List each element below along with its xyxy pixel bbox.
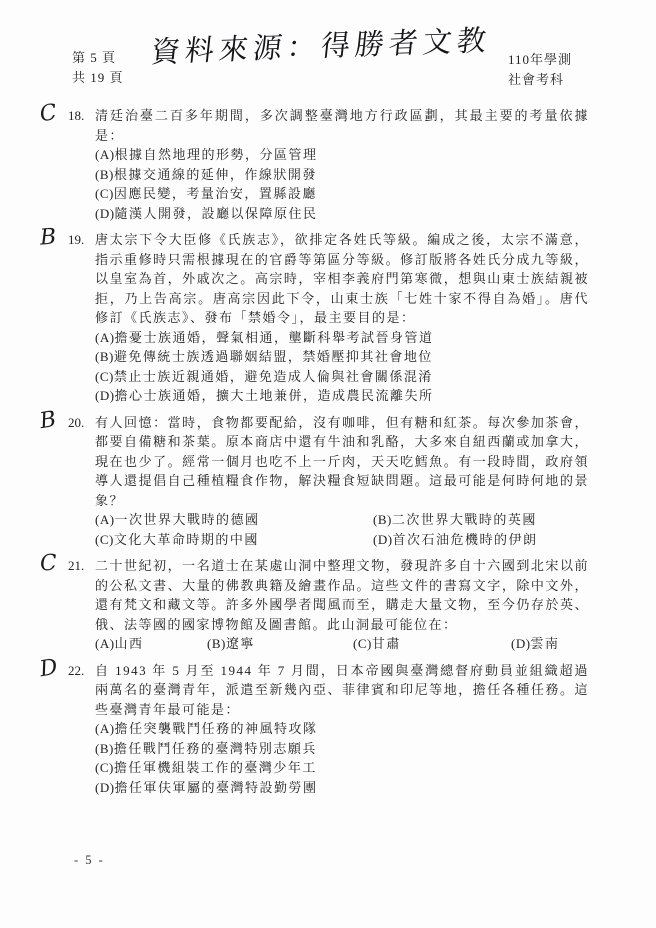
option-item: (D)隨漢人開發，設廳以保障原住民 [95,204,589,224]
option-label: (A) [95,721,115,736]
question-number: 22. [68,661,84,681]
option-text: 二次世界大戰時的英國 [392,512,537,527]
question-number: 18. [68,106,84,126]
option-label: (D) [95,388,115,403]
option-text: 擔任戰鬥任務的臺灣特別志願兵 [114,741,317,756]
option-item: (C)文化大革命時期的中國 [95,530,373,550]
option-label: (A) [95,147,115,162]
option-text: 隨漢人開發，設廳以保障原住民 [115,206,318,221]
question-stem: 有人回憶：當時，食物都要配給，沒有咖啡，但有糖和紅茶。每次參加茶會，都要自備糖和… [95,413,589,511]
exam-page: 資料來源：得勝者文教 第 5 頁 共 19 頁 110年學測 社會考科 C 18… [0,0,656,928]
option-text: 首次石油危機時的伊朗 [393,532,538,547]
option-label: (A) [95,512,115,527]
option-label: (C) [95,760,114,775]
question-body: 二十世紀初，一名道士在某處山洞中整理文物，發現許多自十六國到北宋以前的公私文書、… [95,556,589,654]
option-item: (C)甘肅 [353,634,511,654]
option-item: (A)擔任突襲戰鬥任務的神風特攻隊 [95,719,589,739]
option-label: (C) [353,636,372,651]
page-total-label: 共 19 頁 [72,68,124,88]
exam-subject-label: 社會考科 [508,70,572,90]
option-label: (B) [207,636,226,651]
option-text: 文化大革命時期的中國 [114,532,259,547]
handwritten-answer-mark: B [38,408,59,432]
option-item: (B)遼寧 [207,634,353,654]
option-label: (B) [95,167,114,182]
options-list: (A)根據自然地理的形勢，分區管理(B)根據交通線的延伸，作線狀開發(C)因應民… [95,145,589,223]
option-text: 遼寧 [226,636,255,651]
option-label: (D) [511,636,531,651]
option-label: (C) [95,532,114,547]
page-number-label: 第 5 頁 [72,48,124,68]
option-label: (C) [95,369,114,384]
option-label: (C) [95,186,114,201]
option-text: 擔任突襲戰鬥任務的神風特攻隊 [115,721,318,736]
options-list: (A)一次世界大戰時的德國(B)二次世界大戰時的英國(C)文化大革命時期的中國(… [95,510,589,549]
question-block: D 22. 自 1943 年 5 月至 1944 年 7 月間，日本帝國與臺灣總… [68,661,595,798]
question-body: 清廷治臺二百多年期間，多次調整臺灣地方行政區劃，其最主要的考量依據是： (A)根… [95,106,589,223]
option-text: 擔憂士族通婚，聲氣相通，壟斷科舉考試晉身管道 [115,330,434,345]
handwritten-source-note: 資料來源：得勝者文教 [149,18,493,71]
option-label: (D) [373,532,393,547]
option-text: 禁止士族近親通婚，避免造成人倫與社會關係混淆 [114,369,433,384]
question-number: 19. [68,230,84,250]
option-label: (A) [95,330,115,345]
option-text: 因應民變，考量治安，置縣設廳 [114,186,317,201]
question-block: C 21. 二十世紀初，一名道士在某處山洞中整理文物，發現許多自十六國到北宋以前… [68,556,595,654]
handwritten-answer-mark: D [38,656,60,681]
option-text: 山西 [115,636,144,651]
option-text: 雲南 [531,636,560,651]
option-item: (A)擔憂士族通婚，聲氣相通，壟斷科舉考試晉身管道 [95,328,589,348]
footer-page-number: - 5 - [74,853,105,868]
option-item: (C)擔任軍機組裝工作的臺灣少年工 [95,758,589,778]
option-item: (D)擔任軍伕軍屬的臺灣特設勤勞團 [95,778,589,798]
question-number: 20. [68,413,84,433]
option-item: (B)根據交通線的延伸，作線狀開發 [95,165,589,185]
options-list: (A)擔憂士族通婚，聲氣相通，壟斷科舉考試晉身管道(B)避免傳統士族透過聯姻結盟… [95,328,589,406]
handwritten-answer-mark: C [39,552,59,575]
option-text: 擔心士族通婚，擴大土地兼併，造成農民流離失所 [115,388,434,403]
page-info-right: 110年學測 社會考科 [508,50,572,90]
option-label: (D) [95,780,115,795]
page-info-left: 第 5 頁 共 19 頁 [72,48,124,88]
options-list: (A)擔任突襲戰鬥任務的神風特攻隊(B)擔任戰鬥任務的臺灣特別志願兵(C)擔任軍… [95,719,589,797]
question-body: 有人回憶：當時，食物都要配給，沒有咖啡，但有糖和紅茶。每次參加茶會，都要自備糖和… [95,413,589,550]
option-label: (A) [95,636,115,651]
handwritten-answer-mark: B [39,226,58,249]
option-item: (B)二次世界大戰時的英國 [373,510,589,530]
question-number: 21. [68,556,84,576]
question-stem: 清廷治臺二百多年期間，多次調整臺灣地方行政區劃，其最主要的考量依據是： [95,106,589,145]
question-list: C 18. 清廷治臺二百多年期間，多次調整臺灣地方行政區劃，其最主要的考量依據是… [68,106,595,804]
question-stem: 唐太宗下令大臣修《氏族志》，欲排定各姓氏等級。編成之後，太宗不滿意，指示重修時只… [95,230,589,328]
question-body: 自 1943 年 5 月至 1944 年 7 月間，日本帝國與臺灣總督府動員並組… [95,661,589,798]
option-text: 一次世界大戰時的德國 [115,512,260,527]
question-stem: 二十世紀初，一名道士在某處山洞中整理文物，發現許多自十六國到北宋以前的公私文書、… [95,556,589,634]
option-label: (B) [95,741,114,756]
option-text: 根據交通線的延伸，作線狀開發 [114,167,317,182]
question-block: B 19. 唐太宗下令大臣修《氏族志》，欲排定各姓氏等級。編成之後，太宗不滿意，… [68,230,595,406]
option-text: 根據自然地理的形勢，分區管理 [115,147,318,162]
question-block: B 20. 有人回憶：當時，食物都要配給，沒有咖啡，但有糖和紅茶。每次參加茶會，… [68,413,595,550]
option-label: (D) [95,206,115,221]
option-item: (D)擔心士族通婚，擴大土地兼併，造成農民流離失所 [95,386,589,406]
option-item: (D)首次石油危機時的伊朗 [373,530,589,550]
option-item: (A)山西 [95,634,207,654]
option-text: 擔任軍機組裝工作的臺灣少年工 [114,760,317,775]
option-text: 避免傳統士族透過聯姻結盟，禁婚壓抑其社會地位 [114,349,433,364]
question-body: 唐太宗下令大臣修《氏族志》，欲排定各姓氏等級。編成之後，太宗不滿意，指示重修時只… [95,230,589,406]
question-stem: 自 1943 年 5 月至 1944 年 7 月間，日本帝國與臺灣總督府動員並組… [95,661,589,720]
option-label: (B) [373,512,392,527]
options-list: (A)山西(B)遼寧(C)甘肅(D)雲南 [95,634,589,654]
option-text: 甘肅 [372,636,401,651]
option-item: (A)根據自然地理的形勢，分區管理 [95,145,589,165]
option-item: (D)雲南 [511,634,589,654]
option-item: (C)禁止士族近親通婚，避免造成人倫與社會關係混淆 [95,367,589,387]
option-item: (C)因應民變，考量治安，置縣設廳 [95,184,589,204]
option-item: (B)避免傳統士族透過聯姻結盟，禁婚壓抑其社會地位 [95,347,589,367]
option-item: (A)一次世界大戰時的德國 [95,510,373,530]
option-label: (B) [95,349,114,364]
handwritten-answer-mark: C [38,102,60,127]
question-block: C 18. 清廷治臺二百多年期間，多次調整臺灣地方行政區劃，其最主要的考量依據是… [68,106,595,223]
exam-year-label: 110年學測 [508,50,572,70]
option-item: (B)擔任戰鬥任務的臺灣特別志願兵 [95,739,589,759]
option-text: 擔任軍伕軍屬的臺灣特設勤勞團 [115,780,318,795]
